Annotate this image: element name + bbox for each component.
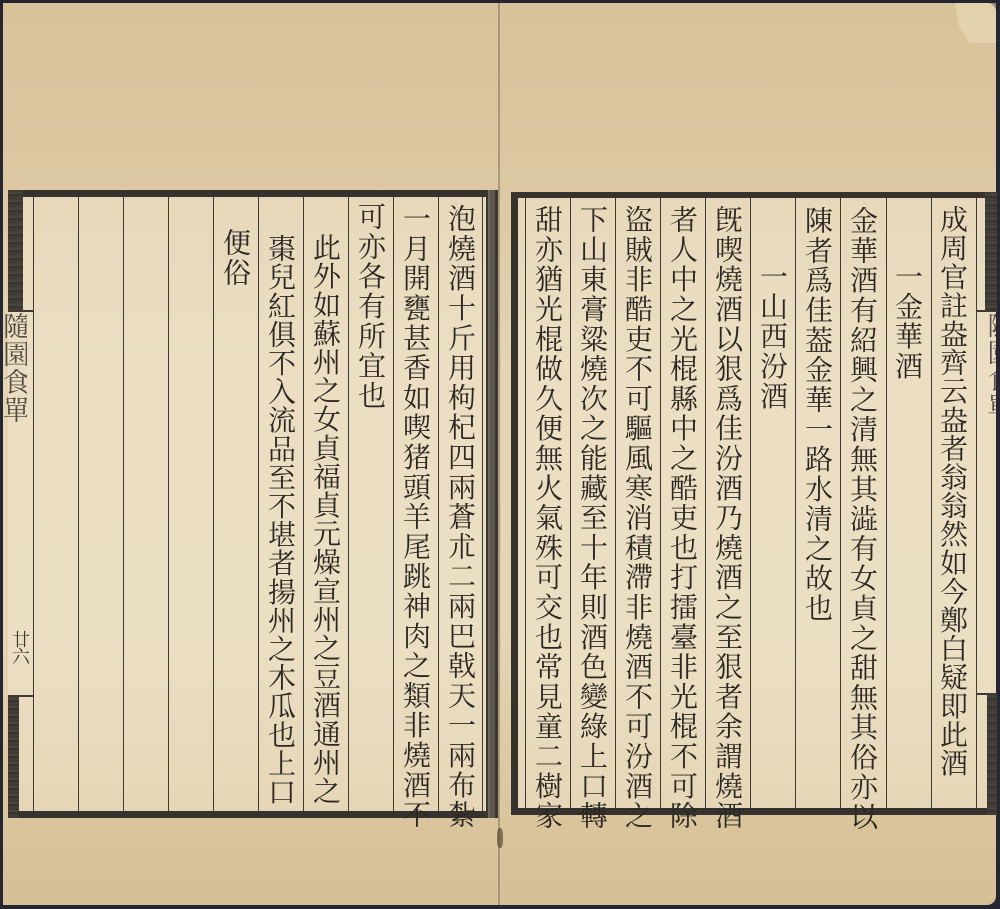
- right-fish-tail-bottom-bar: [987, 694, 997, 815]
- column-rule: [78, 196, 79, 812]
- column-rule: [570, 198, 571, 809]
- column-rule: [482, 196, 483, 812]
- column-rule: [258, 196, 259, 812]
- column-rule: [393, 196, 394, 812]
- column-rule: [348, 196, 349, 812]
- text-column: 棗兒紅俱不入流品至不堪者揚州之木瓜也上口: [265, 234, 295, 854]
- text-column: 者人中之光棍縣中之酷吏也打擂臺非光棍不可除: [667, 205, 697, 825]
- center-fold-crease: [498, 3, 501, 905]
- right-page-top-border: [511, 192, 997, 198]
- text-column: 便俗: [220, 228, 250, 848]
- column-rule: [303, 196, 304, 812]
- column-rule: [886, 198, 887, 809]
- section-heading: 一金華酒: [892, 262, 922, 882]
- column-rule: [931, 198, 932, 809]
- left-fold-title-area: 隨園食單: [4, 312, 27, 434]
- column-rule: [795, 198, 796, 809]
- left-fold-title: 隨園食單: [4, 312, 27, 424]
- right-page-left-border: [511, 192, 518, 815]
- section-heading: 一山西汾酒: [757, 262, 787, 882]
- text-column: 此外如蘇州之女貞福貞元燥宣州之豆酒通州之: [310, 233, 340, 853]
- right-fold-title: 隨園食單: [984, 312, 996, 420]
- column-rule: [840, 198, 841, 809]
- column-rule: [168, 196, 169, 812]
- empty-column: [130, 204, 160, 824]
- column-rule: [123, 196, 124, 812]
- empty-column: [40, 204, 70, 824]
- column-rule: [976, 198, 977, 809]
- text-column: 旣喫燒酒以狠爲佳汾酒乃燒酒之至狠者余謂燒酒: [712, 205, 742, 825]
- column-rule: [525, 198, 526, 809]
- paper-tear: [497, 828, 503, 848]
- text-column: 盜賊非酷吏不可驅風寒消積滯非燒酒不可汾酒之: [622, 205, 652, 825]
- text-column: 可亦各有所宜也: [355, 202, 385, 822]
- text-column: 陳者爲佳葢金華一路水清之故也: [802, 206, 832, 826]
- page-number: 廿六: [8, 630, 30, 664]
- text-column: 金華酒有紹興之清無其澁有女貞之甜無其俗亦以: [847, 206, 877, 826]
- column-rule: [750, 198, 751, 809]
- text-column: 泡燒酒十斤用枸杞四兩蒼朮二兩巴戟天一兩布紮: [445, 204, 475, 824]
- text-column: 成周官註盎齊云盎者翁翁然如今鄭白疑即此酒: [937, 205, 967, 825]
- right-fish-tail-top-bar: [985, 192, 997, 310]
- column-rule: [438, 196, 439, 812]
- right-fish-tail-bottom-tick: [976, 693, 997, 695]
- left-page-top-border: [8, 190, 497, 197]
- text-column: 下山東膏粱燒次之能藏至十年則酒色變綠上口轉: [577, 205, 607, 825]
- left-fish-tail-bottom-tick: [8, 695, 33, 697]
- column-rule: [615, 198, 616, 809]
- left-page-right-border: [486, 190, 498, 818]
- text-column: 一月開甕甚香如喫猪頭羊尾跳神肉之類非燒酒不: [400, 204, 430, 824]
- left-fish-tail-top-bar: [8, 190, 23, 310]
- left-fish-tail-bottom-bar: [8, 696, 19, 818]
- column-rule: [660, 198, 661, 809]
- empty-column: [175, 204, 205, 824]
- right-fold-title-area: 隨園食單: [983, 312, 996, 424]
- column-rule: [705, 198, 706, 809]
- column-rule: [33, 196, 34, 812]
- text-column: 甜亦猶光棍做久便無火氣殊可交也常見童二樹家: [532, 205, 562, 825]
- column-rule: [213, 196, 214, 812]
- empty-column: [85, 204, 115, 824]
